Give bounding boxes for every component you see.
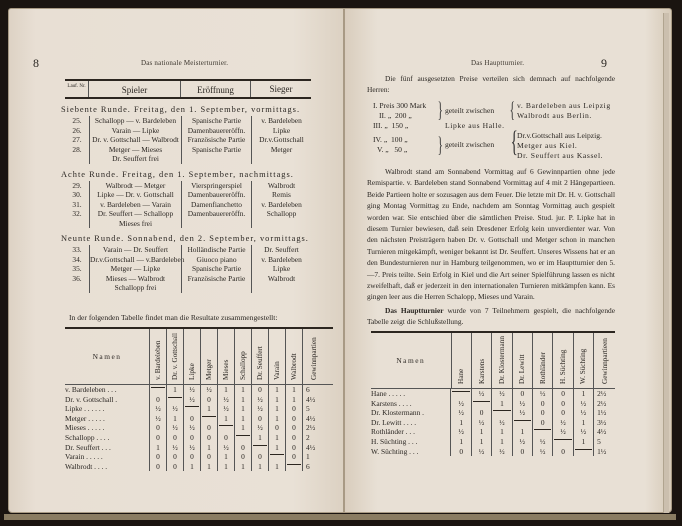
game-number: 35. (65, 264, 89, 274)
prize-row: II. „ 200 „ (379, 111, 412, 120)
column-header: Rothländer (532, 333, 552, 388)
result-cell: ½ (491, 447, 511, 457)
self-cell (234, 433, 251, 443)
self-cell (200, 414, 217, 424)
pairing-table-header: Lauf. Nr. Spieler Eröffnung Sieger (65, 79, 311, 99)
game-row: Dr. Seuffert frei (65, 154, 311, 164)
result-cell: ½ (251, 423, 268, 433)
game-winner (251, 154, 311, 164)
game-number: 28. (65, 145, 89, 155)
result-cell: 0 (149, 462, 166, 472)
running-head: Das Hauptturnier. (471, 59, 524, 67)
player-name: W. Süchting . . . (371, 447, 450, 457)
game-winner (251, 219, 311, 229)
column-header: H. Süchting (552, 333, 572, 388)
result-cell: 0 (471, 408, 491, 418)
self-cell (285, 462, 302, 472)
game-number: 31. (65, 200, 89, 210)
result-cell: ½ (471, 418, 491, 428)
round-title: Siebente Runde. Freitag, den 1. Septembe… (61, 105, 311, 114)
page-edge (663, 13, 669, 513)
prize-winner: Metger aus Kiel. (517, 141, 577, 150)
player-name: Schallopp . . . . (65, 433, 149, 443)
self-cell (268, 452, 285, 462)
player-name: Varain . . . . . (65, 452, 149, 462)
table-row: Dr. v. Gottschall .0½0½1½114½ (65, 395, 333, 405)
column-header: Karstens (471, 333, 491, 388)
game-opening: Damenbauereröffn. (181, 209, 251, 219)
left-page: 8 Das nationale Meisterturnier. Lauf. Nr… (8, 8, 344, 513)
table-row: Dr. Lewitt . . . .1½½0½13½ (371, 418, 615, 428)
game-winner: Metger (251, 145, 311, 155)
result-cell: ½ (491, 418, 511, 428)
prize-row: I. Preis 300 Mark (373, 101, 426, 110)
column-header: Gewinnpartien (302, 329, 324, 384)
result-cell: ½ (183, 395, 200, 405)
result-cell: 1 (217, 452, 234, 462)
result-cell: 1 (285, 395, 302, 405)
result-cell: 1 (573, 389, 593, 399)
player-name: v. Bardeleben . . . (65, 385, 149, 395)
result-cell: ½ (450, 408, 470, 418)
game-number (65, 219, 89, 229)
total-cell: 1½ (593, 447, 615, 457)
game-players: Dr. v. Gottschall — Walbrodt (89, 135, 181, 145)
table-row: Dr. Seuffert . . .1½½1½0104½ (65, 443, 333, 453)
result-cell: 0 (149, 395, 166, 405)
table-row: Walbrodt . . . .001111116 (65, 462, 333, 472)
game-opening: Vierspringerspiel (181, 181, 251, 191)
brace-icon: } (438, 135, 443, 155)
result-cell: 0 (552, 408, 572, 418)
hauptturnier-paragraph: Das Hauptturnier wurde von 7 Teilnehmern… (367, 305, 615, 328)
shared-label: geteilt zwischen (445, 140, 494, 149)
table-row: Varain . . . . .000010001 (65, 452, 333, 462)
total-cell: 5 (302, 404, 324, 414)
player-name: Rothländer . . . (371, 427, 450, 437)
result-cell: 0 (532, 399, 552, 409)
game-opening (181, 219, 251, 229)
body-paragraph: Walbrodt stand am Sonnabend Vormittag au… (367, 166, 615, 303)
prize-row: V. „ 50 „ (377, 145, 407, 154)
column-header: Lipke (183, 329, 200, 384)
game-number: 30. (65, 190, 89, 200)
result-cell: ½ (217, 395, 234, 405)
total-cell: 1 (302, 452, 324, 462)
running-head: Das nationale Meisterturnier. (141, 59, 228, 67)
result-cell: 0 (450, 447, 470, 457)
game-opening: Holländische Partie (181, 245, 251, 255)
result-cell: 0 (200, 395, 217, 405)
prize-row: III. „ 150 „ (373, 121, 408, 130)
game-row: 26.Varain — LipkeDamenbauereröffn.Lipke (65, 126, 311, 136)
result-cell: 1 (234, 404, 251, 414)
column-header: Dr. Lewitt (512, 333, 532, 388)
total-cell: 5 (593, 437, 615, 447)
round-title: Neunte Runde. Sonnabend, den 2. Septembe… (61, 234, 311, 243)
hauptturnier-heading: Das Hauptturnier (385, 306, 444, 315)
game-opening: Spanische Partie (181, 145, 251, 155)
crosstable-right: NamenHaneKarstensDr. KlostermannDr. Lewi… (371, 331, 615, 456)
result-cell: ½ (532, 389, 552, 399)
col-header-opening: Eröffnung (181, 81, 251, 97)
result-cell: 0 (183, 452, 200, 462)
game-winner: Lipke (251, 126, 311, 136)
result-cell: 1 (200, 462, 217, 472)
column-header: Gewinnpartieen (593, 333, 615, 388)
self-cell (471, 399, 491, 409)
names-header: Namen (65, 329, 149, 384)
crosstable-left: Namenv. BardelebenDr. v. GottschallLipke… (65, 327, 333, 471)
game-row: 31.v. Bardeleben — VarainDamenfianchetto… (65, 200, 311, 210)
game-opening: Spanische Partie (181, 264, 251, 274)
game-winner: Dr.v.Gottschall (251, 135, 311, 145)
table-row: W. Süchting . . .0½½0½01½ (371, 447, 615, 457)
total-cell: 4½ (593, 427, 615, 437)
result-cell: ½ (450, 427, 470, 437)
game-row: Mieses frei (65, 219, 311, 229)
result-cell: 1 (471, 437, 491, 447)
self-cell (512, 418, 532, 428)
result-cell: 0 (532, 418, 552, 428)
game-opening: Französische Partie (181, 274, 251, 284)
player-name: H. Süchting . . . (371, 437, 450, 447)
result-cell: 1 (512, 427, 532, 437)
column-header: Hane (451, 333, 471, 388)
column-header: Dr. v. Gottschall (166, 329, 183, 384)
result-cell: ½ (450, 399, 470, 409)
result-cell: 0 (166, 462, 183, 472)
player-name: Walbrodt . . . . (65, 462, 149, 472)
pairing-table: Lauf. Nr. Spieler Eröffnung Sieger Siebe… (65, 79, 311, 293)
game-players: Varain — Lipke (89, 126, 181, 136)
result-cell: 1 (268, 404, 285, 414)
game-number (65, 154, 89, 164)
self-cell (532, 427, 552, 437)
self-cell (491, 408, 511, 418)
result-cell: ½ (573, 408, 593, 418)
result-cell: 1 (450, 437, 470, 447)
rounds-container: Siebente Runde. Freitag, den 1. Septembe… (65, 105, 311, 293)
game-number: 36. (65, 274, 89, 284)
game-number (65, 283, 89, 293)
result-cell: 0 (285, 452, 302, 462)
self-cell (251, 443, 268, 453)
result-cell: 0 (200, 423, 217, 433)
result-cell: ½ (217, 404, 234, 414)
game-players: Lipke — Dr. v. Gottschall (89, 190, 181, 200)
game-row: 30.Lipke — Dr. v. GottschallDamenbauerer… (65, 190, 311, 200)
result-cell: 1 (251, 462, 268, 472)
result-cell: 1 (491, 437, 511, 447)
game-number: 29. (65, 181, 89, 191)
game-players: Varain — Dr. Seuffert (89, 245, 181, 255)
game-row: Schallopp frei (65, 283, 311, 293)
game-row: 36.Mieses — WalbrodtFranzösische PartieW… (65, 274, 311, 284)
game-winner: Remis (251, 190, 311, 200)
page-number: 9 (601, 56, 607, 71)
table-row: Lipke . . . . . .½½1½1½105 (65, 404, 333, 414)
prize-winner: Lipke aus Halle. (445, 121, 505, 130)
game-winner: Walbrodt (251, 181, 311, 191)
result-cell: ½ (552, 418, 572, 428)
total-cell: 2½ (593, 389, 615, 399)
prize-row: IV. „ 100 „ (373, 135, 408, 144)
result-cell: 1 (491, 427, 511, 437)
game-row: 25.Schallopp — v. BardelebenSpanische Pa… (65, 116, 311, 126)
result-cell: 1 (251, 433, 268, 443)
result-cell: 1 (200, 443, 217, 453)
table-row: v. Bardeleben . . .1½½110116 (65, 385, 333, 395)
result-cell: 1 (234, 462, 251, 472)
result-cell: 0 (251, 452, 268, 462)
total-cell: 2½ (302, 423, 324, 433)
result-cell: 1 (217, 414, 234, 424)
result-cell: ½ (166, 404, 183, 414)
result-cell: 0 (217, 433, 234, 443)
game-players: Dr. Seuffert frei (89, 154, 181, 164)
total-cell: 2 (302, 433, 324, 443)
result-cell: 1 (217, 385, 234, 395)
result-cell: 0 (285, 423, 302, 433)
result-cell: 1 (268, 395, 285, 405)
game-opening: Französische Partie (181, 135, 251, 145)
result-cell: ½ (149, 414, 166, 424)
result-cell: 0 (285, 433, 302, 443)
names-header: Namen (371, 333, 451, 388)
result-cell: 0 (552, 447, 572, 457)
result-cell: 0 (149, 452, 166, 462)
result-cell: 1 (573, 437, 593, 447)
result-cell: ½ (532, 437, 552, 447)
result-cell: ½ (183, 443, 200, 453)
result-cell: 0 (234, 452, 251, 462)
result-cell: 1 (234, 385, 251, 395)
result-cell: 1 (234, 414, 251, 424)
game-winner: Schallopp (251, 209, 311, 219)
result-cell: 0 (166, 433, 183, 443)
prize-winner: v. Bardeleben aus Leipzig (517, 101, 611, 110)
brace-icon: { (510, 100, 515, 120)
result-cell: ½ (217, 443, 234, 453)
self-cell (217, 423, 234, 433)
column-header: Varain (268, 329, 285, 384)
col-header-number: Lauf. Nr. (65, 81, 89, 97)
self-cell (450, 389, 470, 399)
column-header: v. Bardeleben (149, 329, 166, 384)
column-header: Metger (200, 329, 217, 384)
result-cell: ½ (183, 423, 200, 433)
prizes-intro: Die fünf ausgesetzten Preise verteilen s… (367, 73, 615, 96)
result-cell: 0 (552, 389, 572, 399)
result-cell: ½ (573, 427, 593, 437)
total-cell: 1½ (593, 408, 615, 418)
result-cell: 1 (285, 385, 302, 395)
result-cell: 0 (234, 443, 251, 453)
game-players: Walbrodt — Metger (89, 181, 181, 191)
result-cell: 0 (268, 423, 285, 433)
result-cell: 1 (491, 399, 511, 409)
game-players: Schallopp — v. Bardeleben (89, 116, 181, 126)
col-header-players: Spieler (89, 81, 181, 97)
result-cell: ½ (573, 399, 593, 409)
right-page: Das Hauptturnier. 9 Die fünf ausgesetzte… (344, 8, 672, 513)
result-cell: 0 (183, 433, 200, 443)
game-row: 35.Metger — LipkeSpanische PartieLipke (65, 264, 311, 274)
game-players: Mieses frei (89, 219, 181, 229)
result-cell: 1 (573, 418, 593, 428)
player-name: Lipke . . . . . . (65, 404, 149, 414)
game-number: 34. (65, 255, 89, 265)
result-cell: ½ (512, 437, 532, 447)
total-cell: 6 (302, 385, 324, 395)
result-cell: 1 (234, 423, 251, 433)
open-book: 8 Das nationale Meisterturnier. Lauf. Nr… (4, 8, 676, 516)
game-number: 27. (65, 135, 89, 145)
result-cell: ½ (183, 385, 200, 395)
result-cell: 1 (268, 385, 285, 395)
result-cell: 0 (512, 447, 532, 457)
result-cell: ½ (471, 389, 491, 399)
result-cell: ½ (491, 389, 511, 399)
result-cell: 1 (268, 462, 285, 472)
total-cell: 4½ (302, 395, 324, 405)
game-number: 26. (65, 126, 89, 136)
game-row: 32.Dr. Seuffert — SchalloppDamenbauererö… (65, 209, 311, 219)
game-opening: Damenbauereröffn. (181, 190, 251, 200)
round-games: 33.Varain — Dr. SeuffertHolländische Par… (65, 245, 311, 293)
game-opening (181, 154, 251, 164)
game-winner: v. Bardeleben (251, 116, 311, 126)
game-row: 33.Varain — Dr. SeuffertHolländische Par… (65, 245, 311, 255)
result-cell: 1 (471, 427, 491, 437)
self-cell (166, 395, 183, 405)
result-cell: ½ (471, 447, 491, 457)
game-opening: Damenfianchetto (181, 200, 251, 210)
result-cell: 0 (285, 404, 302, 414)
table-row: Karstens . . . .½1½00½2½ (371, 399, 615, 409)
table-row: Metger . . . . .½10110104½ (65, 414, 333, 424)
player-name: Dr. Lewitt . . . . (371, 418, 450, 428)
table-row: Mieses . . . . .0½½01½002½ (65, 423, 333, 433)
result-cell: 1 (166, 414, 183, 424)
game-winner: Walbrodt (251, 274, 311, 284)
table-row: Schallopp . . . .000001102 (65, 433, 333, 443)
col-header-winner: Sieger (251, 80, 311, 98)
column-header: W. Süchting (573, 333, 593, 388)
result-cell: 0 (149, 433, 166, 443)
result-cell: ½ (166, 443, 183, 453)
table-row: Dr. Klostermann .½0½00½1½ (371, 408, 615, 418)
page-number: 8 (33, 56, 39, 71)
result-cell: 1 (149, 443, 166, 453)
column-header: Mieses (217, 329, 234, 384)
self-cell (149, 385, 166, 395)
result-cell: ½ (166, 423, 183, 433)
result-cell: 0 (166, 452, 183, 462)
result-cell: 1 (217, 462, 234, 472)
result-cell: 1 (166, 385, 183, 395)
game-row: 29.Walbrodt — MetgerVierspringerspielWal… (65, 181, 311, 191)
result-cell: 1 (268, 443, 285, 453)
table-row: Rothländer . . .½111½½4½ (371, 427, 615, 437)
result-cell: 0 (512, 389, 532, 399)
game-winner: Lipke (251, 264, 311, 274)
game-players: Metger — Lipke (89, 264, 181, 274)
result-cell: 1 (183, 462, 200, 472)
column-header: Dr. Seuffert (251, 329, 268, 384)
column-header: Dr. Klostermann (491, 333, 511, 388)
round-games: 29.Walbrodt — MetgerVierspringerspielWal… (65, 181, 311, 229)
game-winner: Dr. Seuffert (251, 245, 311, 255)
result-cell: 0 (251, 385, 268, 395)
game-opening: Spanische Partie (181, 116, 251, 126)
table-row: H. Süchting . . .111½½15 (371, 437, 615, 447)
game-number: 32. (65, 209, 89, 219)
round-title: Achte Runde. Freitag, den 1. September, … (61, 170, 311, 179)
player-name: Karstens . . . . (371, 399, 450, 409)
prize-winner: Dr.v.Gottschall aus Leipzig. (517, 131, 602, 140)
game-players: Schallopp frei (89, 283, 181, 293)
game-winner: v. Bardeleben (251, 255, 311, 265)
game-players: Mieses — Walbrodt (89, 274, 181, 284)
game-opening: Damenbauereröffn. (181, 126, 251, 136)
game-players: v. Bardeleben — Varain (89, 200, 181, 210)
result-cell: 0 (285, 443, 302, 453)
result-cell: 1 (450, 418, 470, 428)
total-cell: 6 (302, 462, 324, 472)
shared-label: geteilt zwischen (445, 106, 494, 115)
game-opening (181, 283, 251, 293)
result-cell: 0 (200, 433, 217, 443)
result-cell: ½ (552, 427, 572, 437)
self-cell (183, 404, 200, 414)
game-players: Metger — Mieses (89, 145, 181, 155)
self-cell (552, 437, 572, 447)
result-cell: 1 (268, 433, 285, 443)
table-row: Hane . . . . .½½0½012½ (371, 389, 615, 399)
game-winner: v. Bardeleben (251, 200, 311, 210)
result-cell: 0 (532, 408, 552, 418)
game-opening: Giuoco piano (181, 255, 251, 265)
game-row: 27.Dr. v. Gottschall — WalbrodtFranzösis… (65, 135, 311, 145)
results-intro: In der folgenden Tabelle findet man die … (69, 313, 278, 322)
total-cell: 2½ (593, 399, 615, 409)
result-cell: ½ (251, 404, 268, 414)
result-cell: ½ (251, 395, 268, 405)
result-cell: 0 (183, 414, 200, 424)
round-games: 25.Schallopp — v. BardelebenSpanische Pa… (65, 116, 311, 164)
result-cell: 0 (285, 414, 302, 424)
game-winner (251, 283, 311, 293)
prize-winner: Dr. Seuffert aus Kassel. (517, 151, 603, 160)
player-name: Dr. v. Gottschall . (65, 395, 149, 405)
game-number: 25. (65, 116, 89, 126)
brace-icon: } (438, 100, 443, 120)
player-name: Hane . . . . . (371, 389, 450, 399)
player-name: Dr. Klostermann . (371, 408, 450, 418)
game-players: Dr.v.Gottschall — v.Bardeleben (89, 255, 181, 265)
game-players: Dr. Seuffert — Schallopp (89, 209, 181, 219)
result-cell: 1 (234, 395, 251, 405)
player-name: Mieses . . . . . (65, 423, 149, 433)
game-row: 28.Metger — MiesesSpanische PartieMetger (65, 145, 311, 155)
result-cell: 0 (251, 414, 268, 424)
result-cell: ½ (512, 408, 532, 418)
result-cell: 0 (200, 452, 217, 462)
column-header: Schallopp (234, 329, 251, 384)
result-cell: 1 (200, 404, 217, 414)
